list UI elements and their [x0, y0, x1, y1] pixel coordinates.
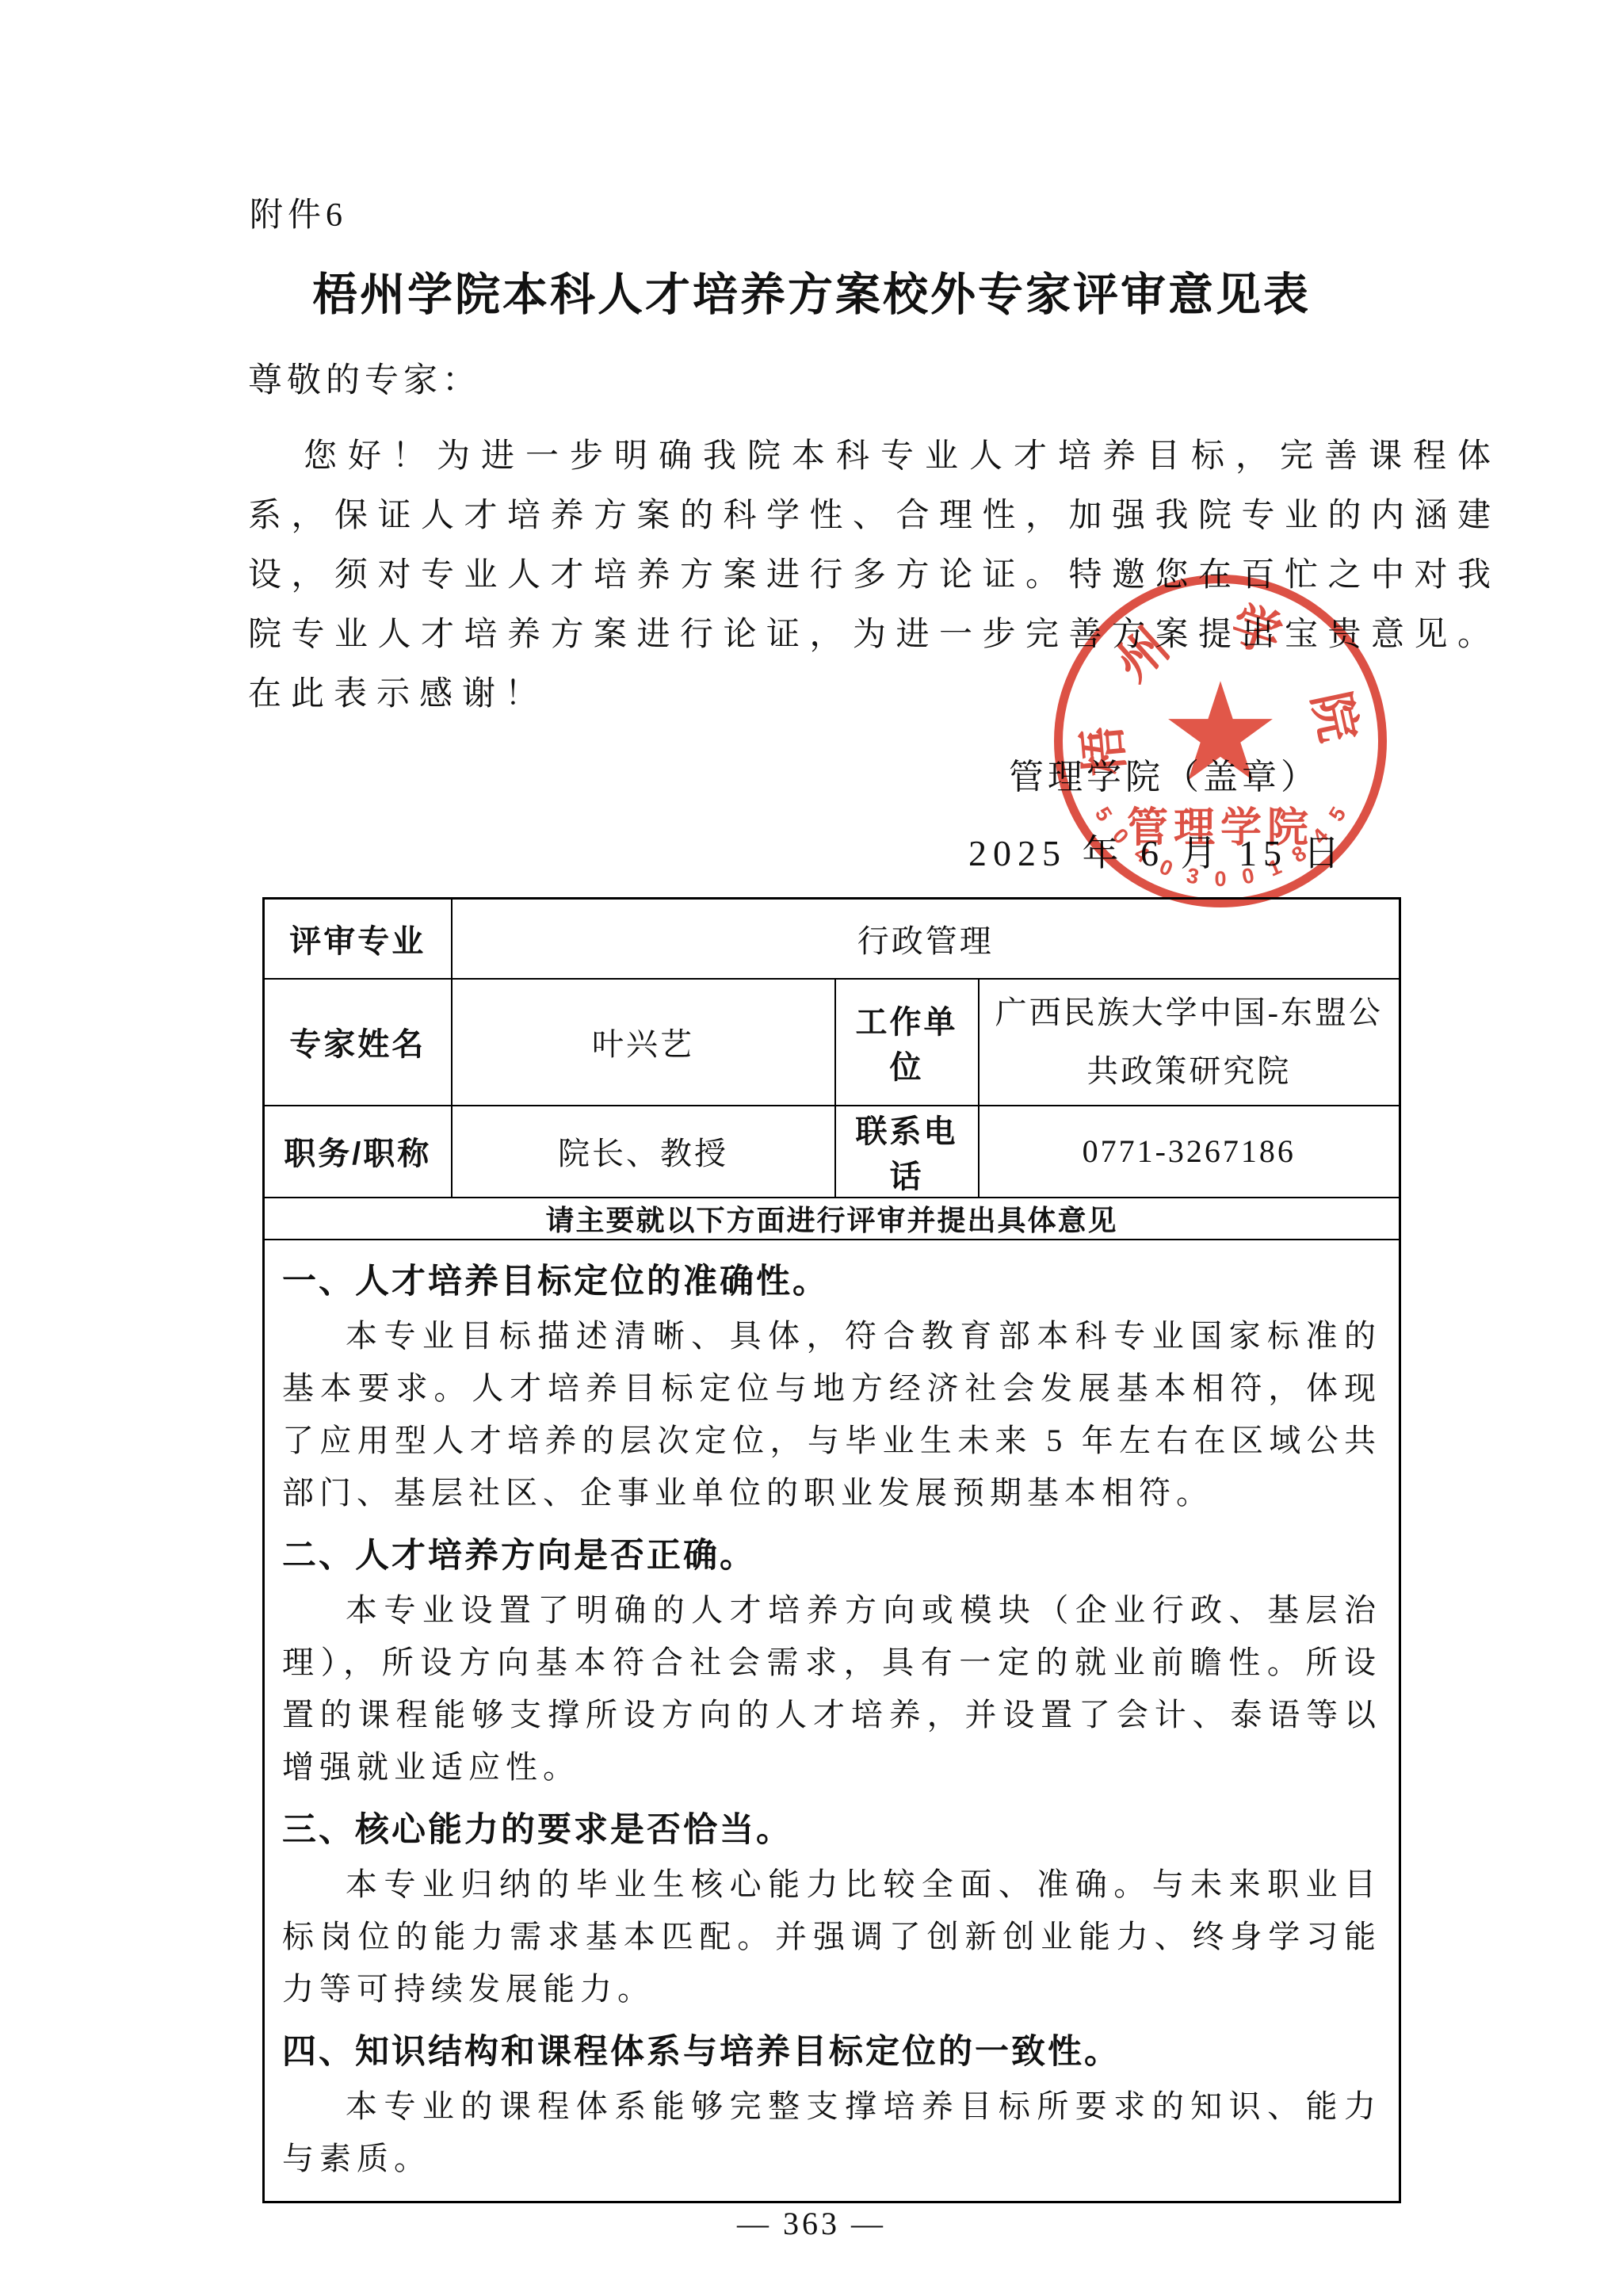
position-value: 院长、教授 [452, 1106, 835, 1198]
expert-name-value: 叶兴艺 [452, 979, 835, 1106]
section-body: 本专业归纳的毕业生核心能力比较全面、准确。与未来职业目标岗位的能力需求基本匹配。… [282, 1859, 1381, 2015]
phone-label: 联系电话 [835, 1106, 979, 1198]
document-page: 附件6 梧州学院本科人才培养方案校外专家评审意见表 尊敬的专家： 您好！为进一步… [0, 0, 1623, 2296]
section-heading: 二、人才培养方向是否正确。 [282, 1535, 1381, 1576]
page-number: — 363 — [0, 2205, 1623, 2242]
seal-ring-char: 梧 [1077, 723, 1134, 780]
seal-ring-char: 院 [1303, 686, 1365, 748]
review-sections-cell: 一、人才培养目标定位的准确性。 本专业目标描述清晰、具体，符合教育部本科专业国家… [264, 1240, 1400, 2202]
review-major-value: 行政管理 [452, 899, 1400, 979]
instruction-header: 请主要就以下方面进行评审并提出具体意见 [264, 1198, 1400, 1240]
table-row: 一、人才培养目标定位的准确性。 本专业目标描述清晰、具体，符合教育部本科专业国家… [264, 1240, 1400, 2202]
expert-name-label: 专家姓名 [264, 979, 452, 1106]
star-icon: ★ [1159, 665, 1281, 801]
phone-value: 0771-3267186 [979, 1106, 1400, 1198]
position-label: 职务/职称 [264, 1106, 452, 1198]
review-section-3: 三、核心能力的要求是否恰当。 本专业归纳的毕业生核心能力比较全面、准确。与未来职… [282, 1809, 1381, 2015]
review-major-label: 评审专业 [264, 899, 452, 979]
work-unit-label: 工作单位 [835, 979, 979, 1106]
section-body: 本专业设置了明确的人才培养方向或模块（企业行政、基层治理），所设方向基本符合社会… [282, 1584, 1381, 1794]
section-body: 本专业的课程体系能够完整支撑培养目标所要求的知识、能力与素质。 [282, 2080, 1381, 2185]
review-section-1: 一、人才培养目标定位的准确性。 本专业目标描述清晰、具体，符合教育部本科专业国家… [282, 1261, 1381, 1519]
table-row: 职务/职称 院长、教授 联系电话 0771-3267186 [264, 1106, 1400, 1198]
review-section-2: 二、人才培养方向是否正确。 本专业设置了明确的人才培养方向或模块（企业行政、基层… [282, 1535, 1381, 1794]
salutation: 尊敬的专家： [248, 353, 481, 402]
official-seal: ★ 管理学院 梧 州 学 院 50403001845 [1054, 575, 1387, 907]
section-heading: 三、核心能力的要求是否恰当。 [282, 1809, 1381, 1851]
page-title: 梧州学院本科人才培养方案校外专家评审意见表 [0, 258, 1623, 323]
table-row: 专家姓名 叶兴艺 工作单位 广西民族大学中国-东盟公共政策研究院 [264, 979, 1400, 1106]
section-heading: 四、知识结构和课程体系与培养目标定位的一致性。 [282, 2031, 1381, 2073]
table-row: 请主要就以下方面进行评审并提出具体意见 [264, 1198, 1400, 1240]
work-unit-value: 广西民族大学中国-东盟公共政策研究院 [979, 979, 1400, 1106]
review-section-4: 四、知识结构和课程体系与培养目标定位的一致性。 本专业的课程体系能够完整支撑培养… [282, 2031, 1381, 2185]
attachment-label: 附件6 [250, 197, 347, 235]
review-form-table: 评审专业 行政管理 专家姓名 叶兴艺 工作单位 广西民族大学中国-东盟公共政策研… [262, 897, 1401, 2203]
section-body: 本专业目标描述清晰、具体，符合教育部本科专业国家标准的基本要求。人才培养目标定位… [282, 1310, 1381, 1519]
table-row: 评审专业 行政管理 [264, 899, 1400, 979]
section-heading: 一、人才培养目标定位的准确性。 [282, 1261, 1381, 1302]
